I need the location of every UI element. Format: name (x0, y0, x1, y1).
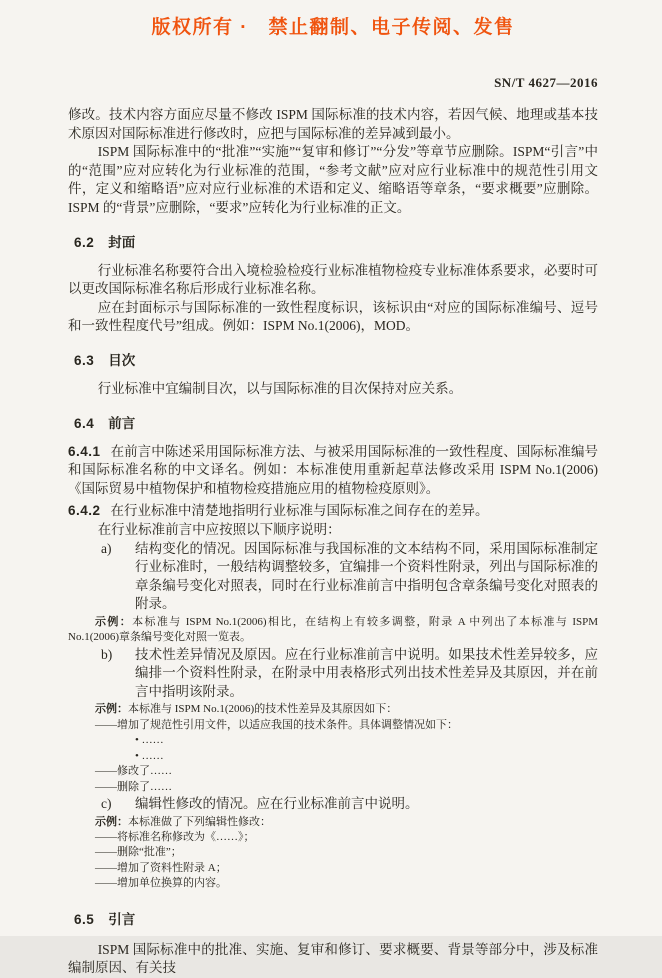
clause-number: 6.4.2 (68, 503, 101, 518)
list-item-label: c) (101, 795, 112, 814)
list-item-text: 编辑性修改的情况。应在行业标准前言中说明。 (135, 796, 419, 811)
dash-list-item: ——删除了…… (95, 780, 598, 795)
list-item-label: a) (101, 540, 112, 559)
example-text: 本标准与 ISPM No.1(2006)的技术性差异及其原因如下： (128, 703, 397, 715)
section-number: 6.4 (74, 416, 94, 431)
bullet-list-item: • …… (135, 749, 598, 764)
example-text: 本标准与 ISPM No.1(2006)相比，在结构上有较多调整，附录 A 中列… (68, 616, 598, 643)
paragraph: 行业标准名称要符合出入境检验检疫行业标准植物检疫专业标准体系要求，必要时可以更改… (68, 262, 598, 299)
section-title: 目次 (108, 353, 135, 368)
section-heading-6-4: 6.4前言 (74, 415, 598, 432)
copyright-watermark: 版权所有 · 禁止翻制、电子传阅、发售 (68, 12, 598, 39)
section-title: 引言 (108, 912, 135, 927)
example-label: 示例： (95, 616, 132, 628)
paragraph: 应在封面标示与国际标准的一致性程度标识，该标识由“对应的国际标准编号、逗号和一致… (68, 299, 598, 336)
clause-text: 在行业标准中清楚地指明行业标准与国际标准之间存在的差异。 (111, 503, 489, 518)
section-title: 前言 (108, 416, 135, 431)
dash-list-item: ——增加了规范性引用文件，以适应我国的技术条件。具体调整情况如下： (95, 718, 598, 733)
intro-paragraph-2: ISPM 国际标准中的“批准”“实施”“复审和修订”“分发”等章节应删除。ISP… (68, 143, 598, 217)
section-number: 6.3 (74, 353, 94, 368)
example-b: 示例：本标准与 ISPM No.1(2006)的技术性差异及其原因如下： (68, 702, 598, 717)
list-item-b: b)技术性差异情况及原因。应在行业标准前言中说明。如果技术性差异较多，应编排一个… (68, 646, 598, 702)
section-number: 6.5 (74, 912, 94, 927)
section-heading-6-5: 6.5引言 (74, 911, 598, 928)
dash-list-item: ——删除“批准”； (95, 845, 598, 860)
example-text: 本标准做了下列编辑性修改： (128, 816, 271, 828)
list-item-label: b) (101, 646, 112, 665)
clause-text: 在前言中陈述采用国际标准方法、与被采用国际标准的一致性程度、国际标准编号和国际标… (68, 444, 598, 496)
intro-continuation-paragraph: 修改。技术内容方面应尽量不修改 ISPM 国际标准的技术内容，若因气候、地理或基… (68, 106, 598, 143)
example-label: 示例： (95, 703, 128, 715)
list-item-text: 技术性差异情况及原因。应在行业标准前言中说明。如果技术性差异较多，应编排一个资料… (135, 647, 598, 699)
section-heading-6-3: 6.3目次 (74, 352, 598, 369)
standard-number: SN/T 4627—2016 (68, 75, 598, 91)
dash-list-item: ——增加了资料性附录 A； (95, 861, 598, 876)
clause-number: 6.4.1 (68, 444, 101, 459)
list-item-a: a)结构变化的情况。因国际标准与我国标准的文本结构不同，采用国际标准制定行业标准… (68, 540, 598, 614)
paragraph: 行业标准中宜编制目次，以与国际标准的目次保持对应关系。 (68, 380, 598, 399)
clause-6-4-2-intro: 在行业标准前言中应按照以下顺序说明： (68, 521, 598, 540)
section-number: 6.2 (74, 235, 94, 250)
example-c: 示例：本标准做了下列编辑性修改： (68, 815, 598, 830)
clause-6-4-1: 6.4.1在前言中陈述采用国际标准方法、与被采用国际标准的一致性程度、国际标准编… (68, 443, 598, 499)
section-title: 封面 (108, 235, 135, 250)
document-page: 版权所有 · 禁止翻制、电子传阅、发售 SN/T 4627—2016 修改。技术… (0, 0, 662, 936)
document-body: 修改。技术内容方面应尽量不修改 ISPM 国际标准的技术内容，若因气候、地理或基… (68, 106, 598, 978)
clause-6-4-2: 6.4.2在行业标准中清楚地指明行业标准与国际标准之间存在的差异。 (68, 502, 598, 521)
section-heading-6-2: 6.2封面 (74, 234, 598, 251)
dash-list-item: ——修改了…… (95, 764, 598, 779)
bullet-list-item: • …… (135, 733, 598, 748)
example-a: 示例：本标准与 ISPM No.1(2006)相比，在结构上有较多调整，附录 A… (68, 615, 598, 646)
example-label: 示例： (95, 816, 128, 828)
paragraph: ISPM 国际标准中的批准、实施、复审和修订、要求概要、背景等部分中，涉及标准编… (68, 941, 598, 978)
list-item-text: 结构变化的情况。因国际标准与我国标准的文本结构不同，采用国际标准制定行业标准时，… (135, 541, 598, 612)
list-item-c: c)编辑性修改的情况。应在行业标准前言中说明。 (68, 795, 598, 814)
dash-list-item: ——增加单位换算的内容。 (95, 876, 598, 891)
dash-list-item: ——将标准名称修改为《……》； (95, 830, 598, 845)
